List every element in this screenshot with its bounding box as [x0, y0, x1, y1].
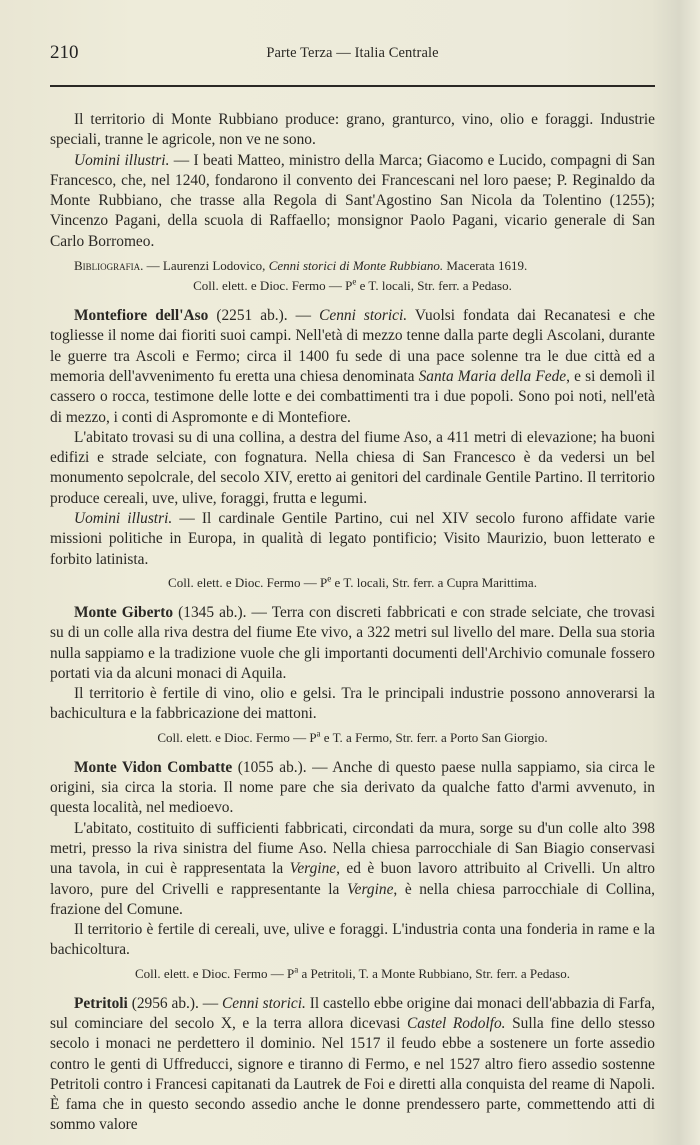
bibliography: Bibliografia. — Laurenzi Lodovico, Cenni…: [50, 256, 655, 276]
entry-monte-vidon-combatte: Monte Vidon Combatte (1055 ab.). — Anche…: [50, 758, 655, 819]
entry-name: Monte Vidon Combatte: [74, 759, 232, 776]
paragraph: Il territorio di Monte Rubbiano produce:…: [50, 110, 655, 151]
page-header: 210 Parte Terza — Italia Centrale: [50, 40, 655, 66]
entry-name: Monte Giberto: [74, 604, 173, 621]
paragraph: L'abitato trovasi su di una collina, a d…: [50, 428, 655, 509]
paragraph: Il territorio è fertile di cereali, uve,…: [50, 920, 655, 961]
uomini-illustri-label: Uomini illustri.: [74, 152, 169, 169]
cenni-storici-label: Cenni storici.: [319, 307, 407, 324]
uomini-illustri-label: Uomini illustri.: [74, 510, 172, 527]
collegio-line: Coll. elett. e Dioc. Fermo — Pa a Petrit…: [50, 964, 655, 984]
entry-monte-giberto: Monte Giberto (1345 ab.). — Terra con di…: [50, 603, 655, 684]
collegio-line: Coll. elett. e Dioc. Fermo — Pe e T. loc…: [50, 573, 655, 593]
paragraph: Il territorio è fertile di vino, olio e …: [50, 684, 655, 725]
cenni-storici-label: Cenni storici.: [222, 995, 306, 1012]
bibliography-title: Cenni storici di Monte Rubbiano.: [269, 258, 443, 273]
entry-name: Petritoli: [74, 995, 128, 1012]
running-title: Parte Terza — Italia Centrale: [50, 45, 655, 62]
header-rule: [50, 85, 655, 87]
entry-petritoli: Petritoli (2956 ab.). — Cenni storici. I…: [50, 994, 655, 1136]
collegio-line: Coll. elett. e Dioc. Fermo — Pe e T. loc…: [50, 276, 655, 296]
collegio-line: Coll. elett. e Dioc. Fermo — Pa e T. a F…: [50, 728, 655, 748]
bibliografia-label: Bibliografia.: [74, 258, 143, 273]
entry-montefiore: Montefiore dell'Aso (2251 ab.). — Cenni …: [50, 306, 655, 428]
paragraph: L'abitato, costituito di sufficienti fab…: [50, 819, 655, 920]
paragraph-uomini-illustri: Uomini illustri. — Il cardinale Gentile …: [50, 509, 655, 570]
paragraph-uomini-illustri: Uomini illustri. — I beati Matteo, minis…: [50, 151, 655, 252]
entry-name: Montefiore dell'Aso: [74, 307, 208, 324]
book-page: 210 Parte Terza — Italia Centrale Il ter…: [50, 40, 655, 66]
page-body: Il territorio di Monte Rubbiano produce:…: [50, 110, 655, 1136]
